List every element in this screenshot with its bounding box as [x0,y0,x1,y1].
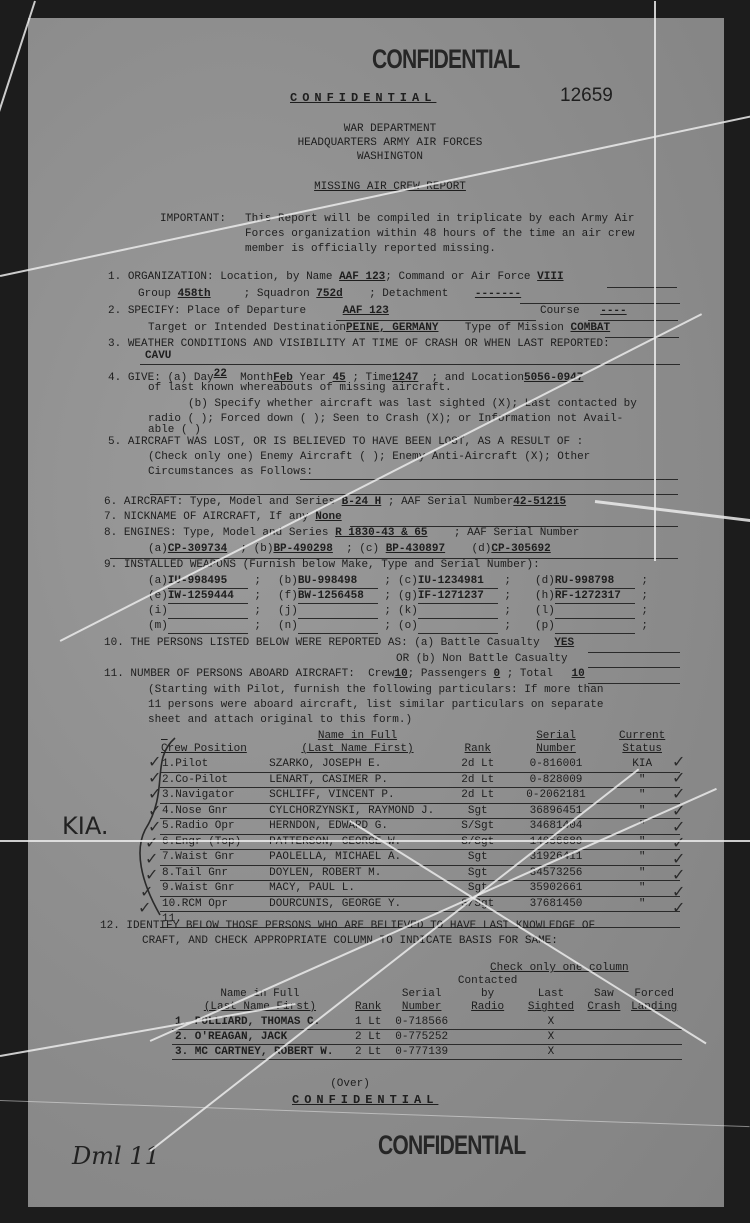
film-scratch [654,1,656,561]
item-6-aircraft: 6. AIRCRAFT: Type, Model and Series B-24… [104,496,566,509]
important-line-3: member is officially reported missing. [245,243,496,256]
witness-rank: 2 Lt [348,1030,389,1045]
weapon-key: (j) [278,605,298,617]
important-label: IMPORTANT: [160,213,226,226]
col-forced: ForcedLanding [626,974,682,1015]
engine-serials: (a)CP-309734 ; (b)BP-490298 ; (c) BP-430… [148,543,551,556]
crew-status: " [604,803,680,819]
crew-name: PAOLELLA, MICHAEL A. [267,850,448,866]
bottom-handwritten-note: Dml 11 [72,1142,160,1170]
engine-key: (b) [254,543,274,555]
weapon-serial [298,620,378,634]
crew-name: SZARKO, JOSEPH E. [267,757,448,772]
weapon-serial: IU-1234981 [418,575,498,589]
check-mark-icon: ✓ [138,898,151,917]
col-serial: SerialNumber [389,974,455,1015]
witness-row: 1. POLLIARD, THOMAS C.1 Lt0-718566X [172,1015,682,1030]
crew-serial: 0-828009 [508,772,605,788]
weapon-serial: IW-1259444 [168,590,248,604]
forced-landing [626,1030,682,1045]
blank-line [150,494,678,495]
item-11-instructions-3: sheet and attach original to this form.) [148,714,412,727]
crew-row: 4.Nose GnrCYLCHORZYNSKI, RAYMOND J.Sgt36… [160,803,680,819]
engine-type-value: R 1830-43 & 65 [335,527,427,539]
field-label: ; AAF Serial Number [454,527,579,539]
crew-table: Crew Position Name in Full(Last Name Fir… [160,729,680,928]
col-sighted: LastSighted [520,974,581,1015]
weapon-key: (f) [278,590,298,602]
field-label: ; Passengers [408,668,487,680]
weapon-field: (i) ; [148,605,261,619]
engine-serial-a: CP-309734 [168,543,227,555]
weapon-field: (e)IW-1259444 ; [148,590,261,604]
field-label: INSTALLED WEAPONS (Furnish below Make, T… [124,559,540,571]
field-label: AIRCRAFT: Type, Model and Series [124,496,335,508]
crew-status: " [604,865,680,881]
item-3-weather: 3. WEATHER CONDITIONS AND VISIBILITY AT … [108,338,610,351]
course-value: ---- [600,305,626,317]
crew-row: 5.Radio OprHERNDON, EDWARD G.S/Sgt346814… [160,819,680,835]
weapon-field: (k) ; [398,605,511,619]
field-label: ; Total [507,668,553,680]
col-rank: Rank [448,729,508,757]
item-4-b-line-2: radio ( ); Forced down ( ); Seen to Cras… [148,413,623,426]
forced-landing [626,1045,682,1060]
item-number: 6. [104,496,117,508]
field-label: Target or Intended Destination [148,322,346,334]
weapon-key: (d) [535,575,555,587]
blank-line [300,479,678,480]
contacted-radio [455,1015,521,1030]
weapon-field: (j) ; [278,605,391,619]
item-1-group-row: Group 458th ; Squadron 752d ; Detachment… [138,288,521,301]
weapon-field: (l) ; [535,605,648,619]
item-number: 9. [104,559,117,571]
engine-serial-b: BP-490298 [273,543,332,555]
item-number: 10. [104,637,124,649]
witness-table: Name in Full(Last Name First) Rank Seria… [172,974,682,1060]
weapon-field: (n) ; [278,620,391,634]
item-5-line-3: Circumstances as Follows: [148,466,313,479]
field-label: ORGANIZATION: [128,271,214,283]
aircraft-type-value: B-24 H [342,496,382,508]
item-number: 12. [100,920,120,932]
crew-rank: 2d Lt [448,772,508,788]
item-number: 3. [108,338,121,350]
engine-key: (a) [148,543,168,555]
item-11-instructions-1: (Starting with Pilot, furnish the follow… [148,684,603,697]
crew-rank: Sgt [448,850,508,866]
crew-row: 6.Engr (Top)PATTERSON, GEORGE W.S/Sgt140… [160,834,680,850]
blank-line [336,320,536,321]
weapon-field: (f)BW-1256458 ; [278,590,391,604]
weapon-field: (p) ; [535,620,648,634]
witness-serial: 0-777139 [389,1045,455,1060]
field-label: Crew [368,668,394,680]
weapon-field: (m) ; [148,620,261,634]
crew-row: 10.RCM OprDOURCUNIS, GEORGE Y.S/Sgt37681… [160,896,680,912]
item-4-b-line-1: (b) Specify whether aircraft was last si… [188,398,637,411]
weapon-field: (g)IF-1271237 ; [398,590,511,604]
item-7-nickname: 7. NICKNAME OF AIRCRAFT, If any None [104,511,342,524]
crew-status: " [604,850,680,866]
crew-serial: 0-2062181 [508,788,605,804]
item-10-casualty: 10. THE PERSONS LISTED BELOW WERE REPORT… [104,637,574,650]
important-line-1: This Report will be compiled in triplica… [245,213,634,226]
field-label: OR (b) Non Battle Casualty [396,653,568,665]
field-label: NUMBER OF PERSONS ABOARD AIRCRAFT: [130,668,354,680]
weapon-key: (o) [398,620,418,632]
item-11-persons: 11. NUMBER OF PERSONS ABOARD AIRCRAFT: C… [104,668,585,681]
crew-serial: 0-816001 [508,757,605,772]
weapon-serial: RF-1272317 [555,590,635,604]
weapon-key: (c) [398,575,418,587]
saw-crash [581,1015,626,1030]
blank-line [588,652,680,653]
crew-row: 9.Waist GnrMACY, PAUL L.Sgt35902661" [160,881,680,897]
weapon-serial [418,605,498,619]
weapon-key: (g) [398,590,418,602]
weapon-serial: IF-1271237 [418,590,498,604]
weapon-key: (k) [398,605,418,617]
crew-row: 2.Co-PilotLENART, CASIMER P.2d Lt0-82800… [160,772,680,788]
target-value: PEINE, GERMANY [346,322,438,334]
blank-line [605,337,679,338]
field-label: Place of Departure [187,305,306,317]
crew-rank: 2d Lt [448,788,508,804]
blank-line [520,303,680,304]
weapon-key: (h) [535,590,555,602]
weapon-serial [418,620,498,634]
col-name: Name in Full(Last Name First) [267,729,448,757]
crew-name: MACY, PAUL L. [267,881,448,897]
weapon-serial [168,605,248,619]
mission-value: COMBAT [571,322,611,334]
item-8-engines: 8. ENGINES: Type, Model and Series R 183… [104,527,579,540]
field-label: ; AAF Serial Number [388,496,513,508]
engine-key: (d) [472,543,492,555]
weapon-field: (h)RF-1272317 ; [535,590,648,604]
weapon-key: (m) [148,620,168,632]
crew-rank: Sgt [448,803,508,819]
crew-status: " [604,896,680,912]
saw-crash [581,1030,626,1045]
col-radio: ContactedbyRadio [455,974,521,1015]
crew-status: " [604,881,680,897]
total-count: 10 [572,668,585,680]
witness-rank: 1 Lt [348,1015,389,1030]
kia-margin-note: KIA. [62,812,108,840]
saw-crash [581,1045,626,1060]
field-label: AIRCRAFT WAS LOST, OR IS BELIEVED TO HAV… [128,436,583,448]
crew-status: KIA [604,757,680,772]
field-label: Course [540,305,580,317]
important-line-2: Forces organization within 48 hours of t… [245,228,634,241]
crew-name: LENART, CASIMER P. [267,772,448,788]
engine-key: (c) [359,543,379,555]
command-value: VIII [537,271,563,283]
department: WAR DEPARTMENT [200,123,580,136]
group-value: 458th [178,288,211,300]
crew-status [604,912,680,928]
field-label: ; Squadron [244,288,310,300]
engine-serial-d: CP-305692 [491,543,550,555]
weapon-key: (n) [278,620,298,632]
field-label: ENGINES: Type, Model and Series [124,527,329,539]
field-label: ; Command or Air Force [385,271,530,283]
weapon-serial: IU-998495 [168,575,248,589]
crew-status: " [604,788,680,804]
item-9-weapons: 9. INSTALLED WEAPONS (Furnish below Make… [104,559,540,572]
field-label: WEATHER CONDITIONS AND VISIBILITY AT TIM… [128,338,610,350]
field-label: Type of Mission [465,322,564,334]
last-sighted: X [520,1030,581,1045]
item-11-instructions-2: 11 persons were aboard aircraft, list si… [148,699,603,712]
blank-line [607,287,677,288]
crew-name: DOURCUNIS, GEORGE Y. [267,896,448,912]
non-battle-casualty: OR (b) Non Battle Casualty [396,653,568,666]
weapon-key: (l) [535,605,555,617]
weapon-serial [555,620,635,634]
item-1-organization: 1. ORGANIZATION: Location, by Name AAF 1… [108,271,564,284]
weapon-field: (c)IU-1234981 ; [398,575,511,589]
witness-row: 2. O'REAGAN, JACK2 Lt0-775252X [172,1030,682,1045]
city: WASHINGTON [200,151,580,164]
weapon-field: (o) ; [398,620,511,634]
crew-rank: S/Sgt [448,834,508,850]
contacted-radio [455,1030,521,1045]
check-mark-icon: ✓ [672,898,685,917]
weapon-key: (i) [148,605,168,617]
weapon-serial [555,605,635,619]
aircraft-serial-value: 42-51215 [513,496,566,508]
course-field: Course ---- [540,305,627,318]
confidential-stamp-bottom: CONFIDENTIAL [378,1130,525,1161]
over-note: (Over) [250,1078,450,1091]
headquarters: HEADQUARTERS ARMY AIR FORCES [200,137,580,150]
day-value: 22 [214,368,227,380]
col-serial: SerialNumber [508,729,605,757]
location-value: AAF 123 [339,271,385,283]
crew-name: SCHLIFF, VINCENT P. [267,788,448,804]
crew-row: 1.PilotSZARKO, JOSEPH E.2d Lt0-816001KIA [160,757,680,772]
item-number: 11. [104,668,124,680]
crew-rank: S/Sgt [448,819,508,835]
weapon-key: (e) [148,590,168,602]
weapon-serial: BU-998498 [298,575,378,589]
crew-rank: 2d Lt [448,757,508,772]
classification-typed-top: CONFIDENTIAL [290,92,436,105]
weapon-key: (p) [535,620,555,632]
weapon-field: (b)BU-998498 ; [278,575,391,589]
witness-name: 3. MC CARTNEY, ROBERT W. [172,1045,348,1060]
crew-serial: 37681450 [508,896,605,912]
item-number: 5. [108,436,121,448]
item-number: 7. [104,511,117,523]
item-5-cause: 5. AIRCRAFT WAS LOST, OR IS BELIEVED TO … [108,436,583,449]
weapon-serial: RU-998798 [555,575,635,589]
weapon-serial [168,620,248,634]
crew-status: " [604,834,680,850]
crew-serial: 14056689 [508,834,605,850]
confidential-stamp-top: CONFIDENTIAL [372,44,519,75]
last-sighted: X [520,1045,581,1060]
crew-count: 10 [394,668,407,680]
weapon-key: (b) [278,575,298,587]
col-status: CurrentStatus [604,729,680,757]
witness-rank: 2 Lt [348,1045,389,1060]
blank-line [588,667,680,668]
nickname-value: None [315,511,341,523]
field-label: Location, by Name [220,271,332,283]
item-12-line-2: CRAFT, AND CHECK APPROPRIATE COLUMN TO I… [142,935,558,948]
weapon-serial: BW-1256458 [298,590,378,604]
item-5-line-2: (Check only one) Enemy Aircraft ( ); Ene… [148,451,590,464]
witness-name: 2. O'REAGAN, JACK [172,1030,348,1045]
passenger-count: 0 [494,668,501,680]
blank-line [588,320,678,321]
departure-value: AAF 123 [343,305,389,317]
crew-serial: 34573256 [508,865,605,881]
crew-name: DOYLEN, ROBERT M. [267,865,448,881]
weather-value: CAVU [145,350,171,363]
crew-serial: 35902661 [508,881,605,897]
squadron-value: 752d [316,288,342,300]
witness-serial: 0-718566 [389,1015,455,1030]
witness-serial: 0-775252 [389,1030,455,1045]
weapon-serial [298,605,378,619]
crew-name: CYLCHORZYNSKI, RAYMOND J. [267,803,448,819]
crew-name: PATTERSON, GEORGE W. [267,834,448,850]
contacted-radio [455,1045,521,1060]
item-2-specify: 2. SPECIFY: Place of Departure AAF 123 [108,305,389,318]
battle-casualty-value: YES [554,637,574,649]
target-row: Target or Intended DestinationPEINE, GER… [148,322,610,335]
weapon-field: (d)RU-998798 ; [535,575,648,589]
item-4-line-2: of last known whereabouts of missing air… [148,382,452,395]
report-number: 12659 [560,86,613,106]
item-number: 8. [104,527,117,539]
field-label: Group [138,288,171,300]
engine-serial-c: BP-430897 [386,543,445,555]
last-sighted: X [520,1015,581,1030]
item-number: 2. [108,305,121,317]
film-scratch [0,840,750,842]
field-label: NICKNAME OF AIRCRAFT, If any [124,511,309,523]
classification-typed-bottom: CONFIDENTIAL [292,1094,438,1107]
detachment-value: ------- [475,288,521,300]
crew-row: 8.Tail GnrDOYLEN, ROBERT M.Sgt34573256" [160,865,680,881]
field-label: SPECIFY: [128,305,181,317]
witness-row: 3. MC CARTNEY, ROBERT W.2 Lt0-777139X [172,1045,682,1060]
item-number: 4. [108,372,121,384]
field-label: ; Detachment [369,288,448,300]
item-number: 1. [108,271,121,283]
field-label: THE PERSONS LISTED BELOW WERE REPORTED A… [130,637,539,649]
